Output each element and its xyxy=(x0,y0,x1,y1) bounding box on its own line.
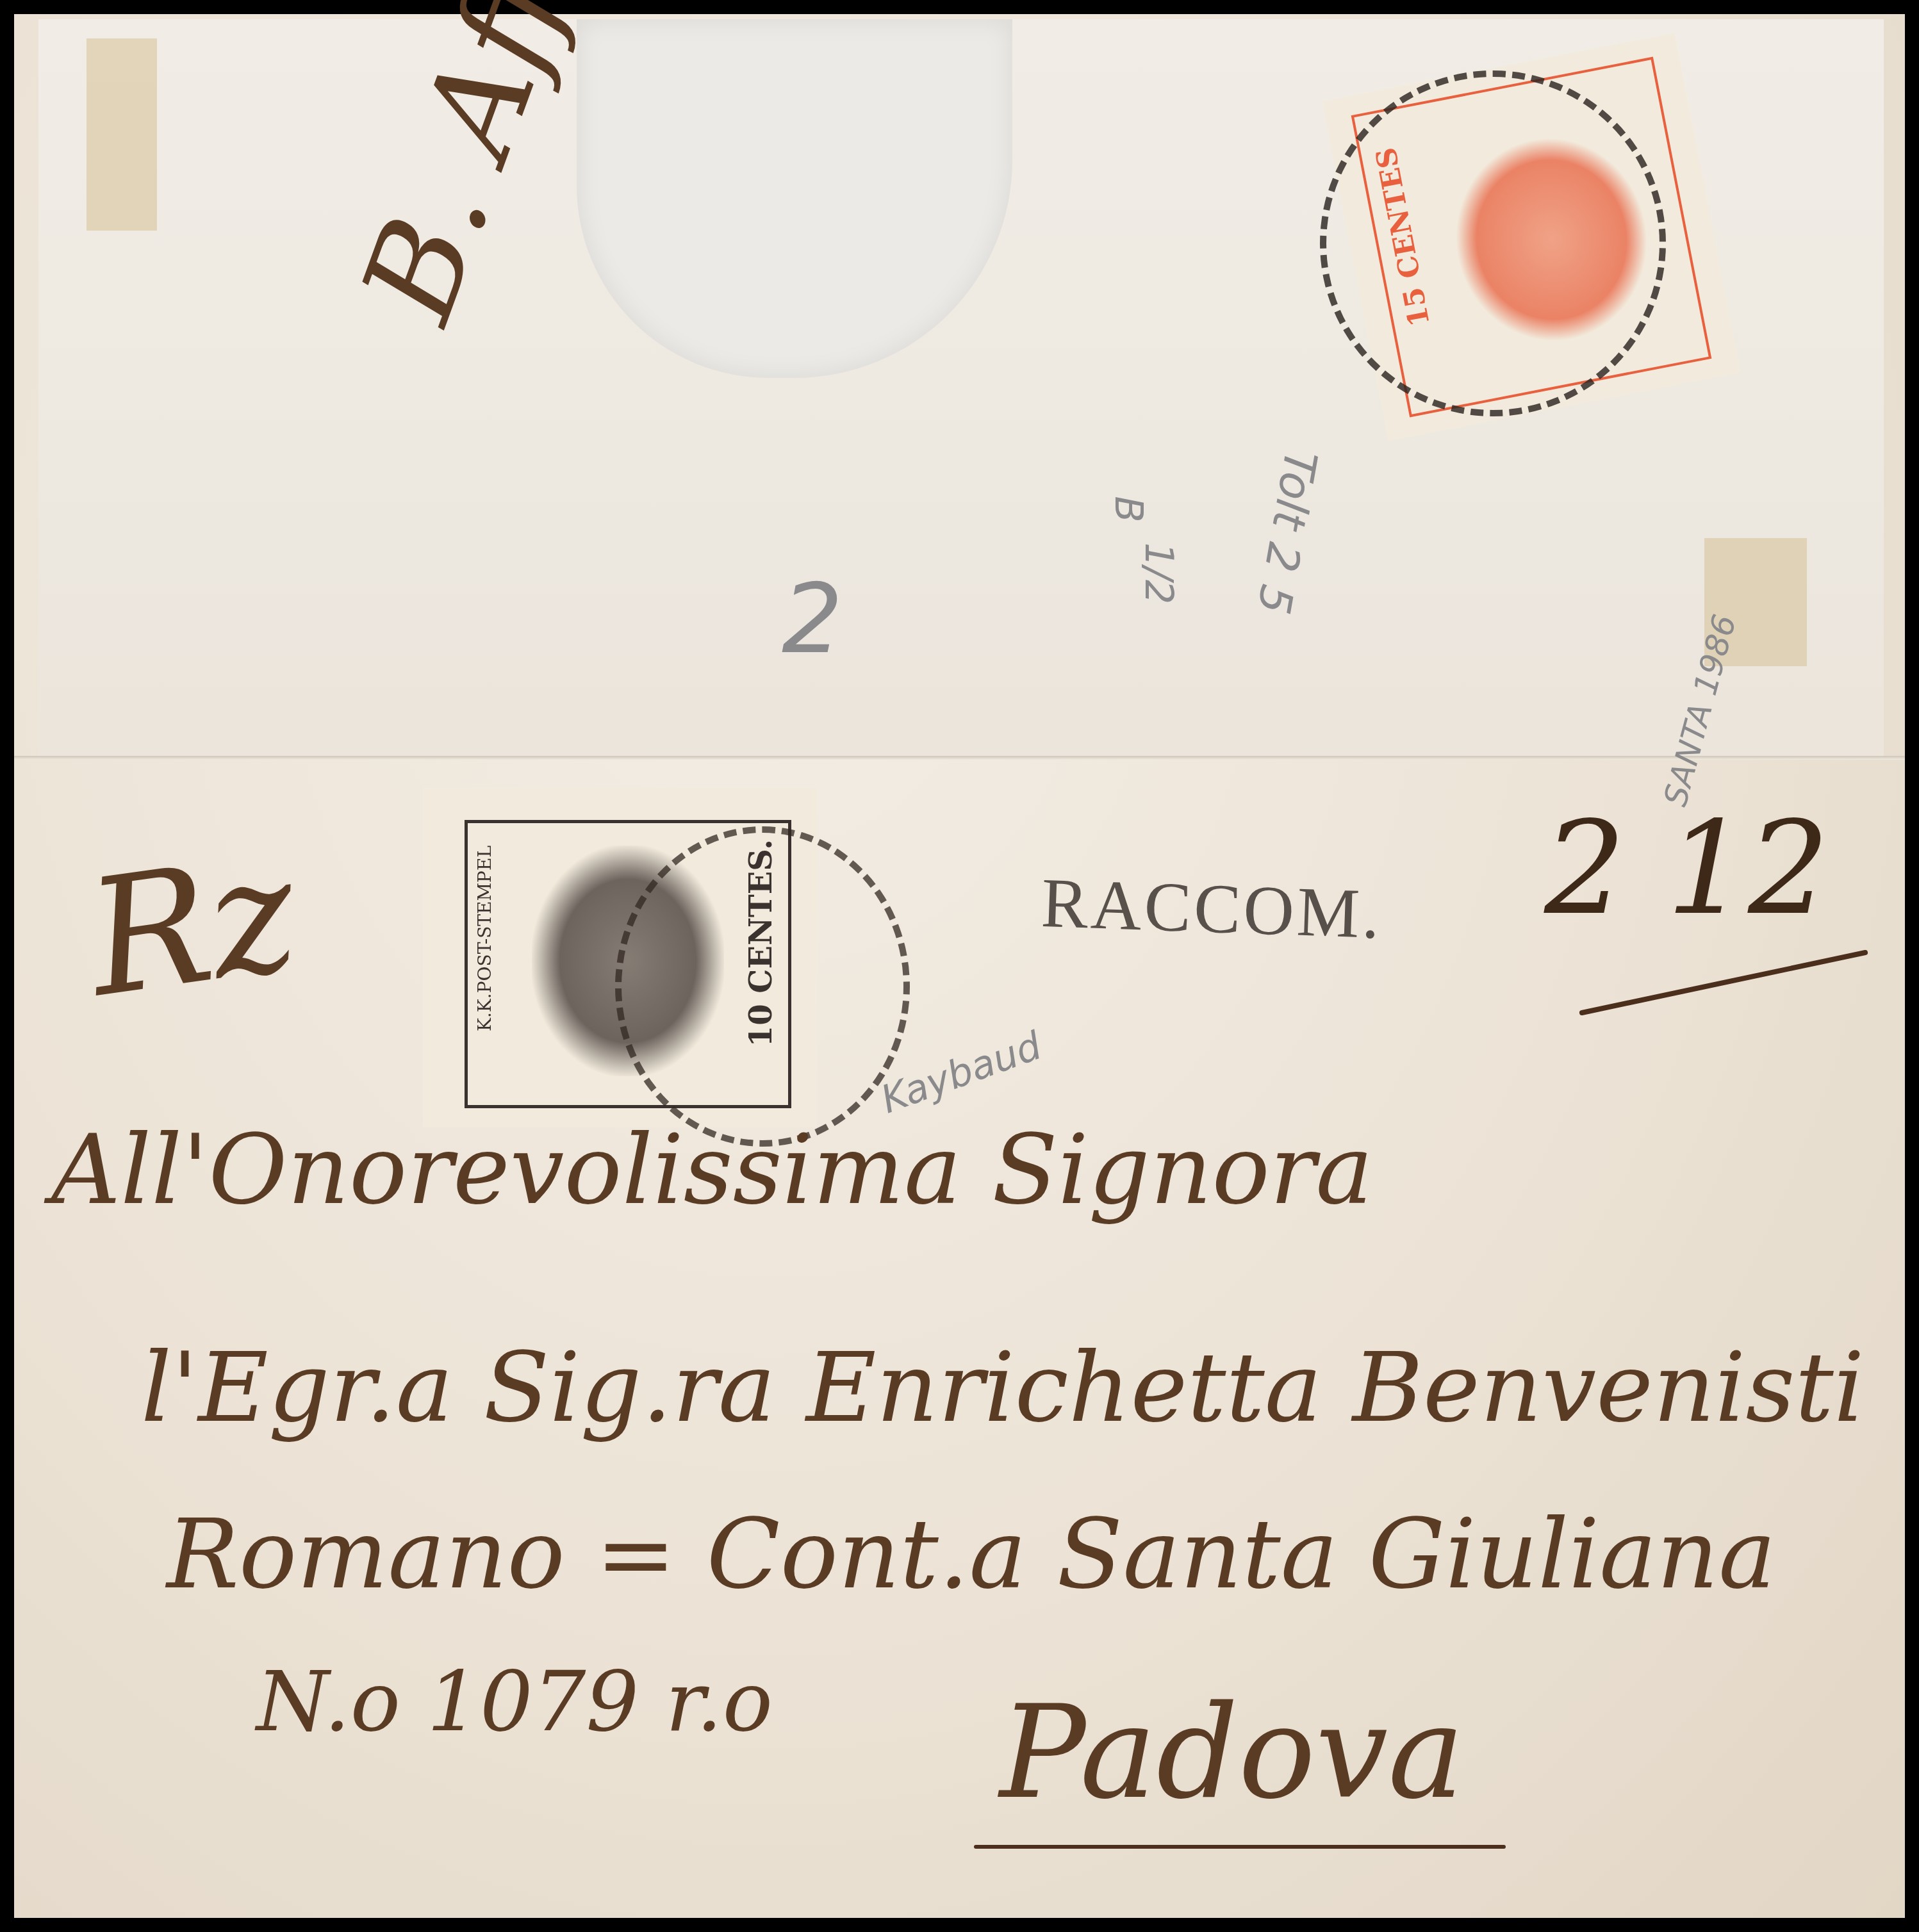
stamp-legend: K.K.POST-STEMPEL xyxy=(474,846,495,1031)
postmark xyxy=(615,826,910,1147)
address-line-1: All'Onorevolissima Signora xyxy=(51,1115,1373,1226)
address-line-2: l'Egr.a Sig.ra Enrichetta Benvenisti xyxy=(141,1332,1865,1444)
pencil-note: 1/2 xyxy=(1136,543,1181,605)
registration-mark: Rz xyxy=(78,819,306,1033)
rate-mark: 2 12 xyxy=(1544,794,1829,944)
address-city: Padova xyxy=(1000,1678,1465,1828)
raccomandata-cachet: RACCOM. xyxy=(1040,862,1383,955)
pencil-note: B xyxy=(1106,496,1151,522)
postmark xyxy=(1320,70,1666,416)
fold-line xyxy=(14,756,1905,760)
city-underline xyxy=(974,1845,1506,1849)
address-line-4: N.o 1079 r.o xyxy=(256,1653,773,1750)
tape-remnant xyxy=(86,38,157,231)
address-line-3: Romano = Cont.a Santa Giuliana xyxy=(167,1499,1776,1610)
pencil-note: 2 xyxy=(782,564,843,675)
